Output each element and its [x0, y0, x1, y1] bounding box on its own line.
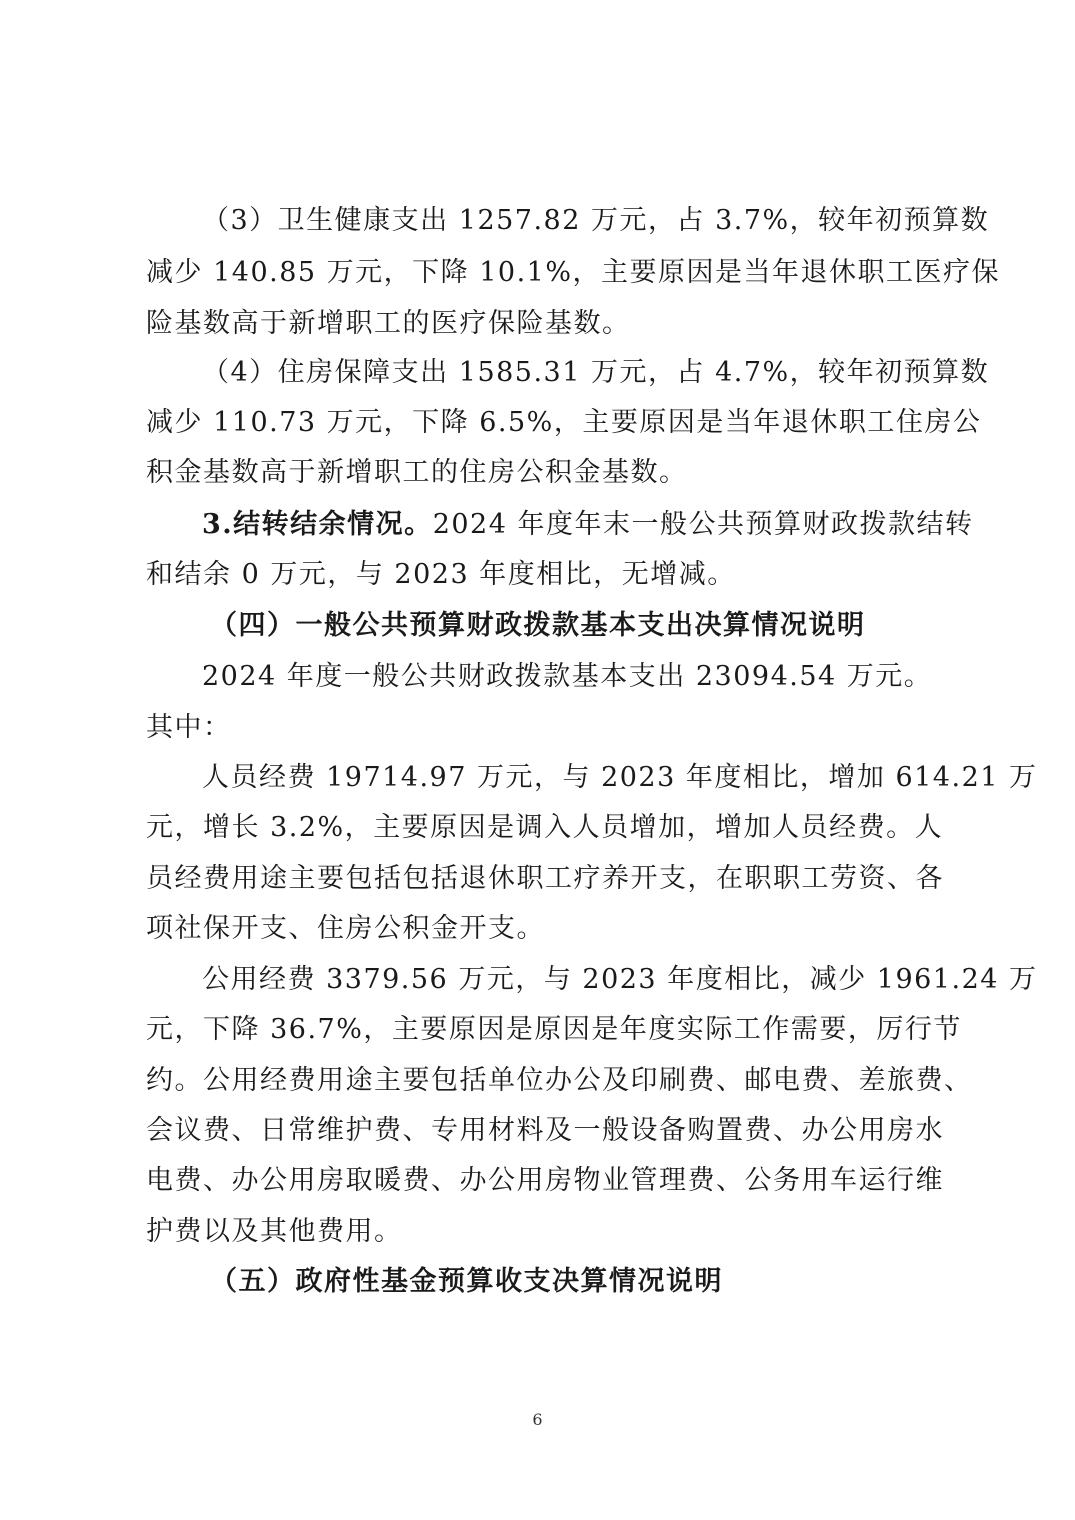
health-expense-line-3: 险基数高于新增职工的医疗保险基数。 [146, 306, 946, 342]
document-page: （3）卫生健康支出 1257.82 万元，占 3.7%，较年初预算数 减少 14… [0, 0, 1075, 1520]
carryover-line-1: 3.结转结余情况。2024 年度年末一般公共预算财政拨款结转 [202, 507, 1002, 543]
section-heading-4: （四）一般公共预算财政拨款基本支出决算情况说明 [210, 608, 1010, 644]
housing-expense-line-3: 积金基数高于新增职工的住房公积金基数。 [146, 455, 946, 491]
health-expense-line-2: 减少 140.85 万元，下降 10.1%，主要原因是当年退休职工医疗保 [146, 255, 946, 291]
public-expense-line-2: 元，下降 36.7%，主要原因是原因是年度实际工作需要，厉行节 [146, 1012, 946, 1048]
personnel-expense-line-2: 元，增长 3.2%，主要原因是调入人员增加，增加人员经费。人 [146, 810, 946, 846]
carryover-text: 2024 年度年末一般公共预算财政拨款结转 [433, 509, 974, 540]
health-expense-line-1: （3）卫生健康支出 1257.82 万元，占 3.7%，较年初预算数 [202, 203, 1002, 239]
basic-expense-line-2: 其中： [146, 710, 946, 746]
public-expense-line-6: 护费以及其他费用。 [146, 1214, 946, 1250]
public-expense-line-3: 约。公用经费用途主要包括单位办公及印刷费、邮电费、差旅费、 [146, 1063, 946, 1099]
basic-expense-line-1: 2024 年度一般公共财政拨款基本支出 23094.54 万元。 [202, 659, 1002, 695]
public-expense-line-5: 电费、办公用房取暖费、办公用房物业管理费、公务用车运行维 [146, 1163, 946, 1199]
section-heading-5: （五）政府性基金预算收支决算情况说明 [210, 1264, 1010, 1300]
page-number: 6 [0, 1410, 1075, 1429]
housing-expense-line-2: 减少 110.73 万元，下降 6.5%，主要原因是当年退休职工住房公 [146, 405, 946, 441]
personnel-expense-line-4: 项社保开支、住房公积金开支。 [146, 911, 946, 947]
personnel-expense-line-1: 人员经费 19714.97 万元，与 2023 年度相比，增加 614.21 万 [202, 760, 1002, 796]
public-expense-line-4: 会议费、日常维护费、专用材料及一般设备购置费、办公用房水 [146, 1113, 946, 1149]
carryover-lead: 3.结转结余情况。 [202, 509, 433, 540]
personnel-expense-line-3: 员经费用途主要包括包括退休职工疗养开支，在职职工劳资、各 [146, 861, 946, 897]
housing-expense-line-1: （4）住房保障支出 1585.31 万元，占 4.7%，较年初预算数 [202, 355, 1002, 391]
carryover-line-2: 和结余 0 万元，与 2023 年度相比，无增减。 [146, 557, 946, 593]
public-expense-line-1: 公用经费 3379.56 万元，与 2023 年度相比，减少 1961.24 万 [202, 962, 1002, 998]
